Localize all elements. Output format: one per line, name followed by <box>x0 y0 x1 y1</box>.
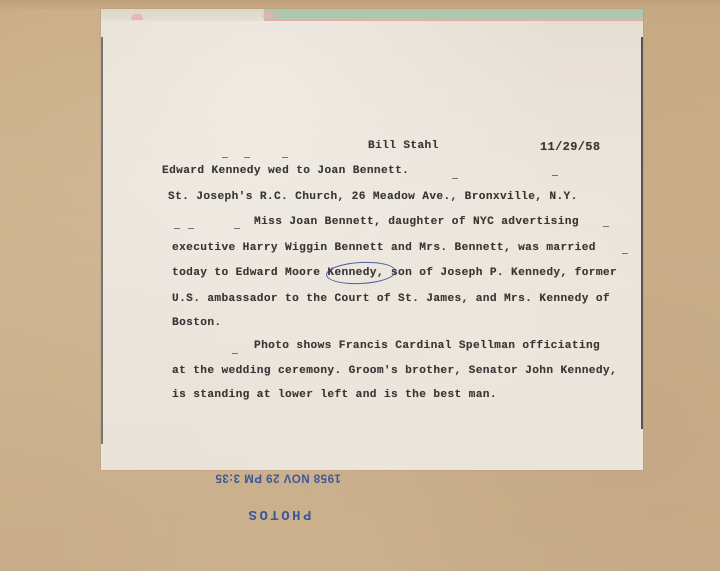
green-tape-band <box>264 9 643 21</box>
received-date-stamp: 1958 NOV 29 PM 3:35 <box>215 471 341 483</box>
byline-author: Bill Stahl <box>368 141 439 152</box>
body-line-2: executive Harry Wiggin Bennett and Mrs. … <box>172 243 596 254</box>
photos-department-stamp: PHOTOS <box>246 507 311 521</box>
typewriter-dash <box>282 157 288 158</box>
typewriter-dash <box>174 228 180 229</box>
typewriter-dash <box>188 228 194 229</box>
caption-line-3: is standing at lower left and is the bes… <box>172 390 497 401</box>
typewriter-dash <box>232 353 238 354</box>
pink-stain-mark <box>131 14 143 20</box>
mount-board-top-edge <box>0 0 720 9</box>
typewriter-dash <box>222 157 228 158</box>
body-line-5: Boston. <box>172 318 221 329</box>
typewriter-dash <box>622 253 628 254</box>
byline-date: 11/29/58 <box>540 141 600 153</box>
typewriter-dash <box>452 178 458 179</box>
caption-line-2: at the wedding ceremony. Groom's brother… <box>172 366 617 377</box>
headline: Edward Kennedy wed to Joan Bennett. <box>162 166 409 177</box>
body-line-4: U.S. ambassador to the Court of St. Jame… <box>172 294 610 305</box>
body-line-1: Miss Joan Bennett, daughter of NYC adver… <box>254 217 579 228</box>
typewriter-dash <box>552 175 558 176</box>
sheet-left-edge-line <box>101 37 103 444</box>
typewriter-dash <box>244 157 250 158</box>
location-line: St. Joseph's R.C. Church, 26 Meadow Ave.… <box>168 192 578 203</box>
typewriter-dash <box>603 226 609 227</box>
typewriter-dash <box>234 228 240 229</box>
sheet-right-edge-line <box>641 37 643 429</box>
caption-line-1: Photo shows Francis Cardinal Spellman of… <box>254 341 600 352</box>
pink-stain-mark <box>263 12 275 18</box>
